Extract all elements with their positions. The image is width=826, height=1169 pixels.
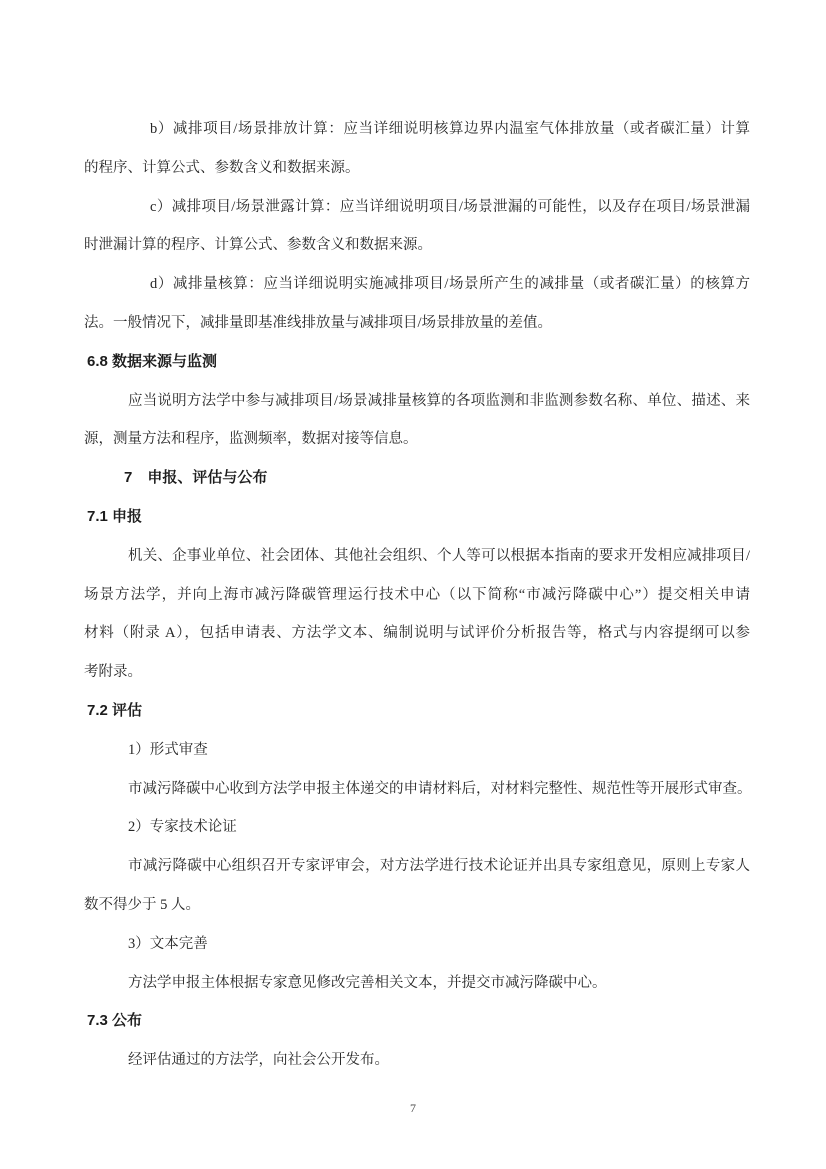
section-heading: 7.2 评估 <box>84 692 750 731</box>
paragraph-line: 方法学申报主体根据专家意见修改完善相关文本，并提交市减污降碳中心。 <box>84 964 750 1003</box>
text-line: 时泄漏计算的程序、计算公式、参数含义和数据来源。 <box>84 226 750 265</box>
list-item-line: c）减排项目/场景泄露计算：应当详细说明项目/场景泄漏的可能性，以及存在项目/场… <box>84 188 750 227</box>
page-number: 7 <box>0 1098 826 1118</box>
section-heading: 6.8 数据来源与监测 <box>84 343 750 382</box>
text-line: 源，测量方法和程序，监测频率，数据对接等信息。 <box>84 420 750 459</box>
paragraph-line: 应当说明方法学中参与减排项目/场景减排量核算的各项监测和非监测参数名称、单位、描… <box>84 382 750 421</box>
text-line: 数不得少于 5 人。 <box>84 886 750 925</box>
text-line: 场景方法学，并向上海市减污降碳管理运行技术中心（以下简称“市减污降碳中心”）提交… <box>84 576 750 615</box>
list-item-line: b）减排项目/场景排放计算：应当详细说明核算边界内温室气体排放量（或者碳汇量）计… <box>84 110 750 149</box>
paragraph-line: 3）文本完善 <box>84 925 750 964</box>
text-line: 材料（附录 A），包括申请表、方法学文本、编制说明与试评价分析报告等，格式与内容… <box>84 614 750 653</box>
document-page: b）减排项目/场景排放计算：应当详细说明核算边界内温室气体排放量（或者碳汇量）计… <box>0 0 826 1169</box>
paragraph-line: 市减污降碳中心收到方法学申报主体递交的申请材料后，对材料完整性、规范性等开展形式… <box>84 770 750 809</box>
paragraph-line: 经评估通过的方法学，向社会公开发布。 <box>84 1041 750 1080</box>
section-heading: 7.3 公布 <box>84 1002 750 1041</box>
chapter-heading: 7 申报、评估与公布 <box>84 459 750 498</box>
section-heading: 7.1 申报 <box>84 498 750 537</box>
document-body: b）减排项目/场景排放计算：应当详细说明核算边界内温室气体排放量（或者碳汇量）计… <box>84 110 750 1080</box>
text-line: 的程序、计算公式、参数含义和数据来源。 <box>84 149 750 188</box>
paragraph-line: 1）形式审查 <box>84 731 750 770</box>
paragraph-line: 机关、企事业单位、社会团体、其他社会组织、个人等可以根据本指南的要求开发相应减排… <box>84 537 750 576</box>
paragraph-line: 市减污降碳中心组织召开专家评审会，对方法学进行技术论证并出具专家组意见，原则上专… <box>84 847 750 886</box>
list-item-line: d）减排量核算：应当详细说明实施减排项目/场景所产生的减排量（或者碳汇量）的核算… <box>84 265 750 304</box>
text-line: 法。一般情况下，减排量即基准线排放量与减排项目/场景排放量的差值。 <box>84 304 750 343</box>
paragraph-line: 2）专家技术论证 <box>84 808 750 847</box>
text-line: 考附录。 <box>84 653 750 692</box>
